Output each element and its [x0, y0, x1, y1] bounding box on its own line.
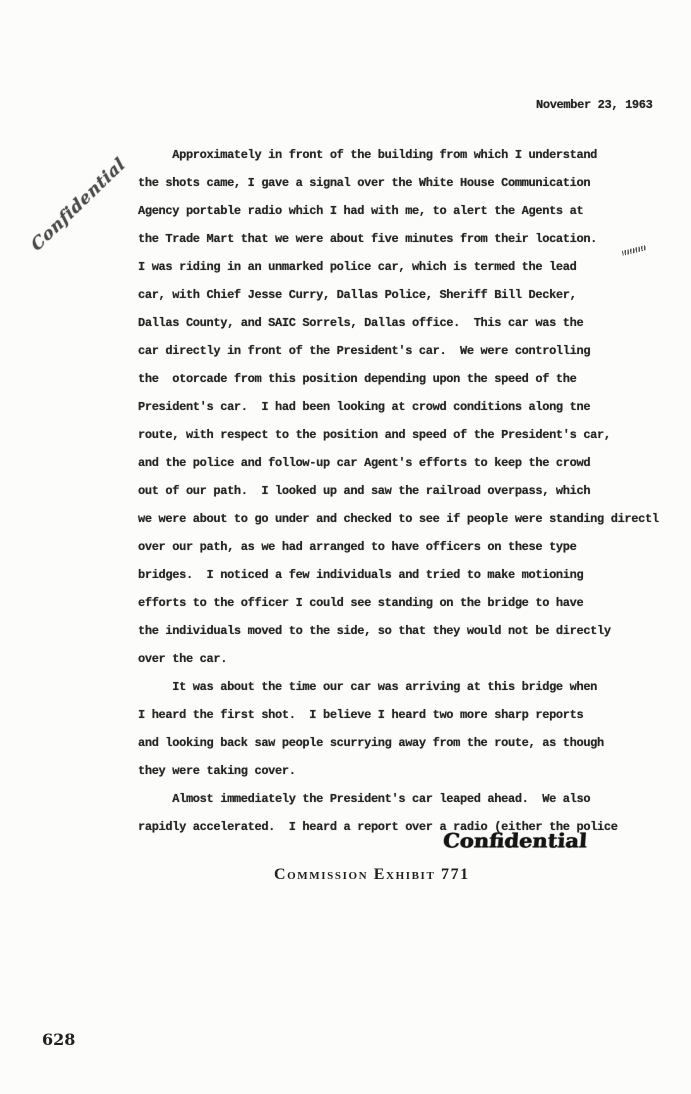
text-line: and the police and follow-up car Agent's…	[138, 449, 678, 477]
text-line: efforts to the officer I could see stand…	[138, 589, 678, 617]
paragraph: Approximately in front of the building f…	[138, 141, 678, 673]
text-line: Approximately in front of the building f…	[138, 141, 678, 169]
text-line: I heard the first shot. I believe I hear…	[138, 701, 678, 729]
text-line: out of our path. I looked up and saw the…	[138, 477, 678, 505]
text-line: car directly in front of the President's…	[138, 337, 678, 365]
text-line: over our path, as we had arranged to hav…	[138, 533, 678, 561]
text-line: route, with respect to the position and …	[138, 421, 678, 449]
text-line: over the car.	[138, 645, 678, 673]
text-line: the Trade Mart that we were about five m…	[138, 225, 678, 253]
text-line: It was about the time our car was arrivi…	[138, 673, 678, 701]
text-line: we were about to go under and checked to…	[138, 505, 678, 533]
confidential-stamp-bottom: Confidential	[442, 829, 587, 852]
text-line: the shots came, I gave a signal over the…	[138, 169, 678, 197]
text-line: Dallas County, and SAIC Sorrels, Dallas …	[138, 309, 678, 337]
paragraph: Almost immediately the President's car l…	[138, 785, 678, 841]
text-line: rapidly accelerated. I heard a report ov…	[138, 813, 678, 841]
exhibit-caption: Commission Exhibit 771	[274, 866, 470, 884]
date-line: November 23, 1963	[536, 98, 652, 112]
text-line: Almost immediately the President's car l…	[138, 785, 678, 813]
confidential-stamp-diagonal: Confidential	[28, 154, 129, 256]
document-page: November 23, 1963 Confidential Approxima…	[0, 0, 691, 1094]
text-line: car, with Chief Jesse Curry, Dallas Poli…	[138, 281, 678, 309]
text-line: the individuals moved to the side, so th…	[138, 617, 678, 645]
document-body: Approximately in front of the building f…	[138, 141, 678, 841]
page-number: 628	[42, 1030, 75, 1049]
text-line: I was riding in an unmarked police car, …	[138, 253, 678, 281]
text-line: President's car. I had been looking at c…	[138, 393, 678, 421]
text-line: the otorcade from this position dependin…	[138, 365, 678, 393]
text-line: they were taking cover.	[138, 757, 678, 785]
text-line: Agency portable radio which I had with m…	[138, 197, 678, 225]
text-line: and looking back saw people scurrying aw…	[138, 729, 678, 757]
paragraph: It was about the time our car was arrivi…	[138, 673, 678, 785]
text-line: bridges. I noticed a few individuals and…	[138, 561, 678, 589]
